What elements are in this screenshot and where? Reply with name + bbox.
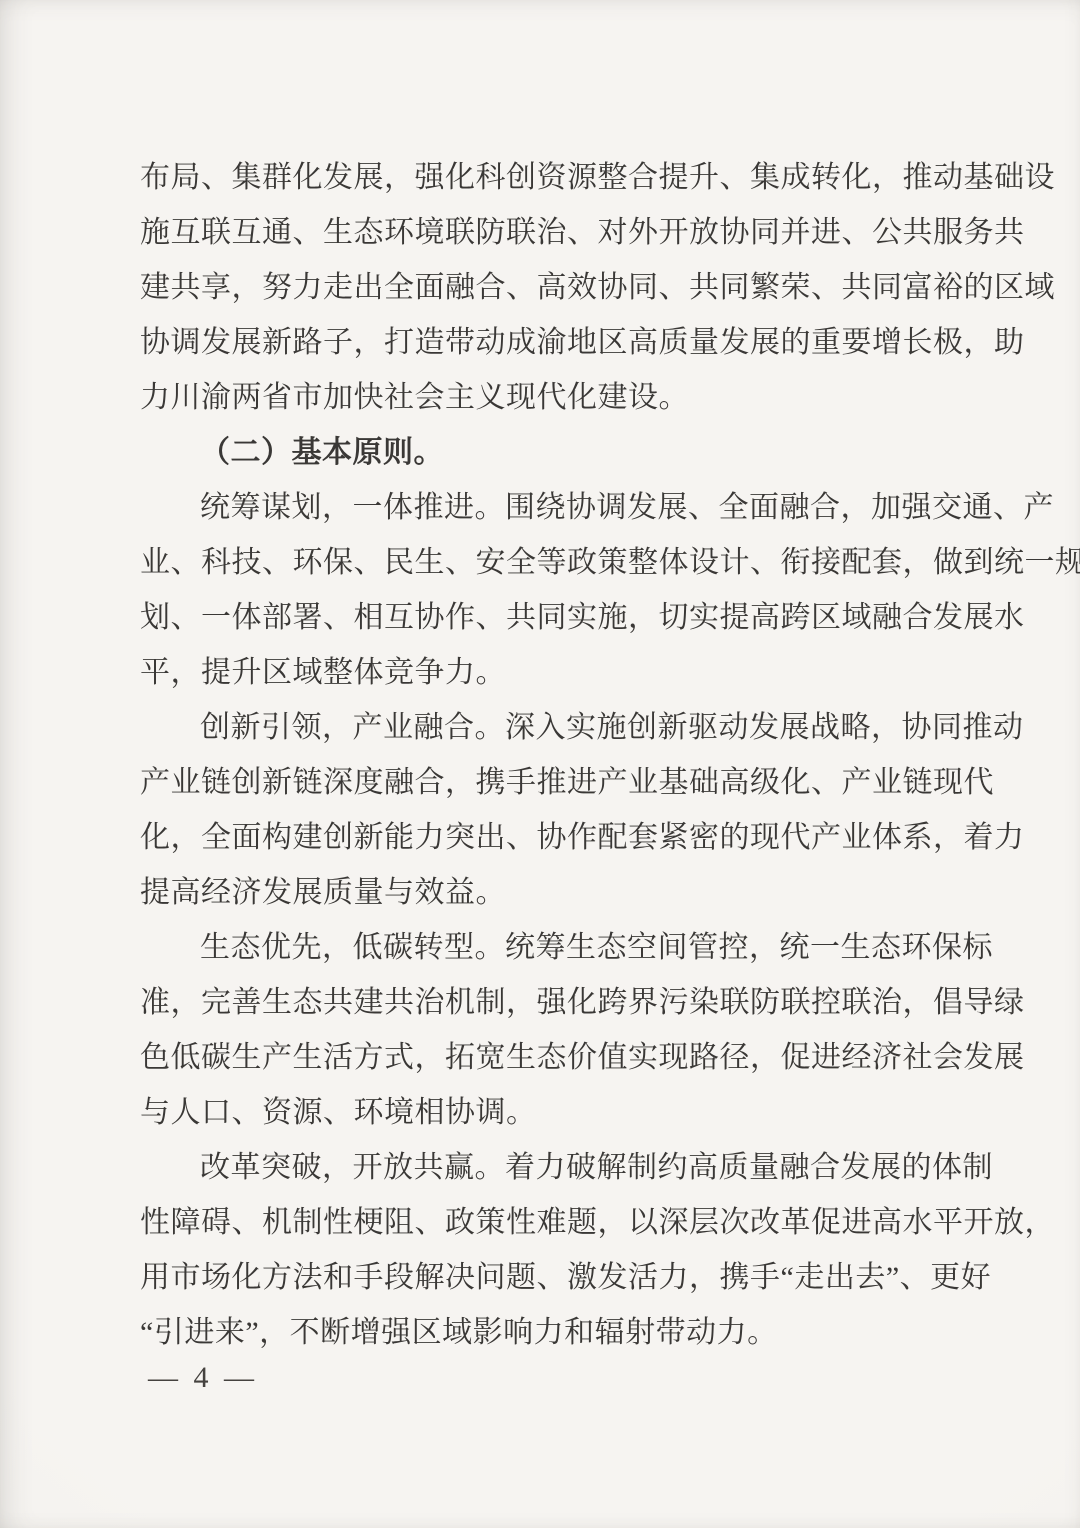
text-line: 力川渝两省市加快社会主义现代化建设。 [140, 370, 940, 425]
text-line: 产业链创新链深度融合，携手推进产业基础高级化、产业链现代 [140, 755, 940, 810]
text-line: 性障碍、机制性梗阻、政策性难题，以深层次改革促进高水平开放， [140, 1195, 940, 1250]
text-line: 生态优先，低碳转型。统筹生态空间管控，统一生态环保标 [140, 920, 940, 975]
text-line: 化，全面构建创新能力突出、协作配套紧密的现代产业体系，着力 [140, 810, 940, 865]
text-line: 准，完善生态共建共治机制，强化跨界污染联防联控联治，倡导绿 [140, 975, 940, 1030]
paragraph: 布局、集群化发展，强化科创资源整合提升、集成转化，推动基础设施互联互通、生态环境… [140, 150, 940, 425]
paragraph: 生态优先，低碳转型。统筹生态空间管控，统一生态环保标准，完善生态共建共治机制，强… [140, 920, 940, 1140]
text-line: 划、一体部署、相互协作、共同实施，切实提高跨区域融合发展水 [140, 590, 940, 645]
text-line: 与人口、资源、环境相协调。 [140, 1085, 940, 1140]
paragraph: 统筹谋划，一体推进。围绕协调发展、全面融合，加强交通、产业、科技、环保、民生、安… [140, 480, 940, 700]
text-line: 提高经济发展质量与效益。 [140, 865, 940, 920]
text-line: 平，提升区域整体竞争力。 [140, 645, 940, 700]
text-line: 改革突破，开放共赢。着力破解制约高质量融合发展的体制 [140, 1140, 940, 1195]
text-line: 创新引领，产业融合。深入实施创新驱动发展战略，协同推动 [140, 700, 940, 755]
document-page: 布局、集群化发展，强化科创资源整合提升、集成转化，推动基础设施互联互通、生态环境… [0, 0, 1080, 1528]
paragraph: 创新引领，产业融合。深入实施创新驱动发展战略，协同推动产业链创新链深度融合，携手… [140, 700, 940, 920]
document-body: 布局、集群化发展，强化科创资源整合提升、集成转化，推动基础设施互联互通、生态环境… [140, 150, 940, 1360]
text-line: （二）基本原则。 [140, 425, 940, 480]
section-heading: （二）基本原则。 [140, 425, 940, 480]
page-number-label: — 4 — [148, 1358, 258, 1398]
text-line: 建共享，努力走出全面融合、高效协同、共同繁荣、共同富裕的区域 [140, 260, 940, 315]
text-line: 用市场化方法和手段解决问题、激发活力，携手“走出去”、更好 [140, 1250, 940, 1305]
text-line: 布局、集群化发展，强化科创资源整合提升、集成转化，推动基础设 [140, 150, 940, 205]
text-line: “引进来”，不断增强区域影响力和辐射带动力。 [140, 1305, 940, 1360]
paragraph: 改革突破，开放共赢。着力破解制约高质量融合发展的体制性障碍、机制性梗阻、政策性难… [140, 1140, 940, 1360]
text-line: 色低碳生产生活方式，拓宽生态价值实现路径，促进经济社会发展 [140, 1030, 940, 1085]
text-line: 业、科技、环保、民生、安全等政策整体设计、衔接配套，做到统一规 [140, 535, 940, 590]
text-line: 统筹谋划，一体推进。围绕协调发展、全面融合，加强交通、产 [140, 480, 940, 535]
text-line: 施互联互通、生态环境联防联治、对外开放协同并进、公共服务共 [140, 205, 940, 260]
text-line: 协调发展新路子，打造带动成渝地区高质量发展的重要增长极，助 [140, 315, 940, 370]
